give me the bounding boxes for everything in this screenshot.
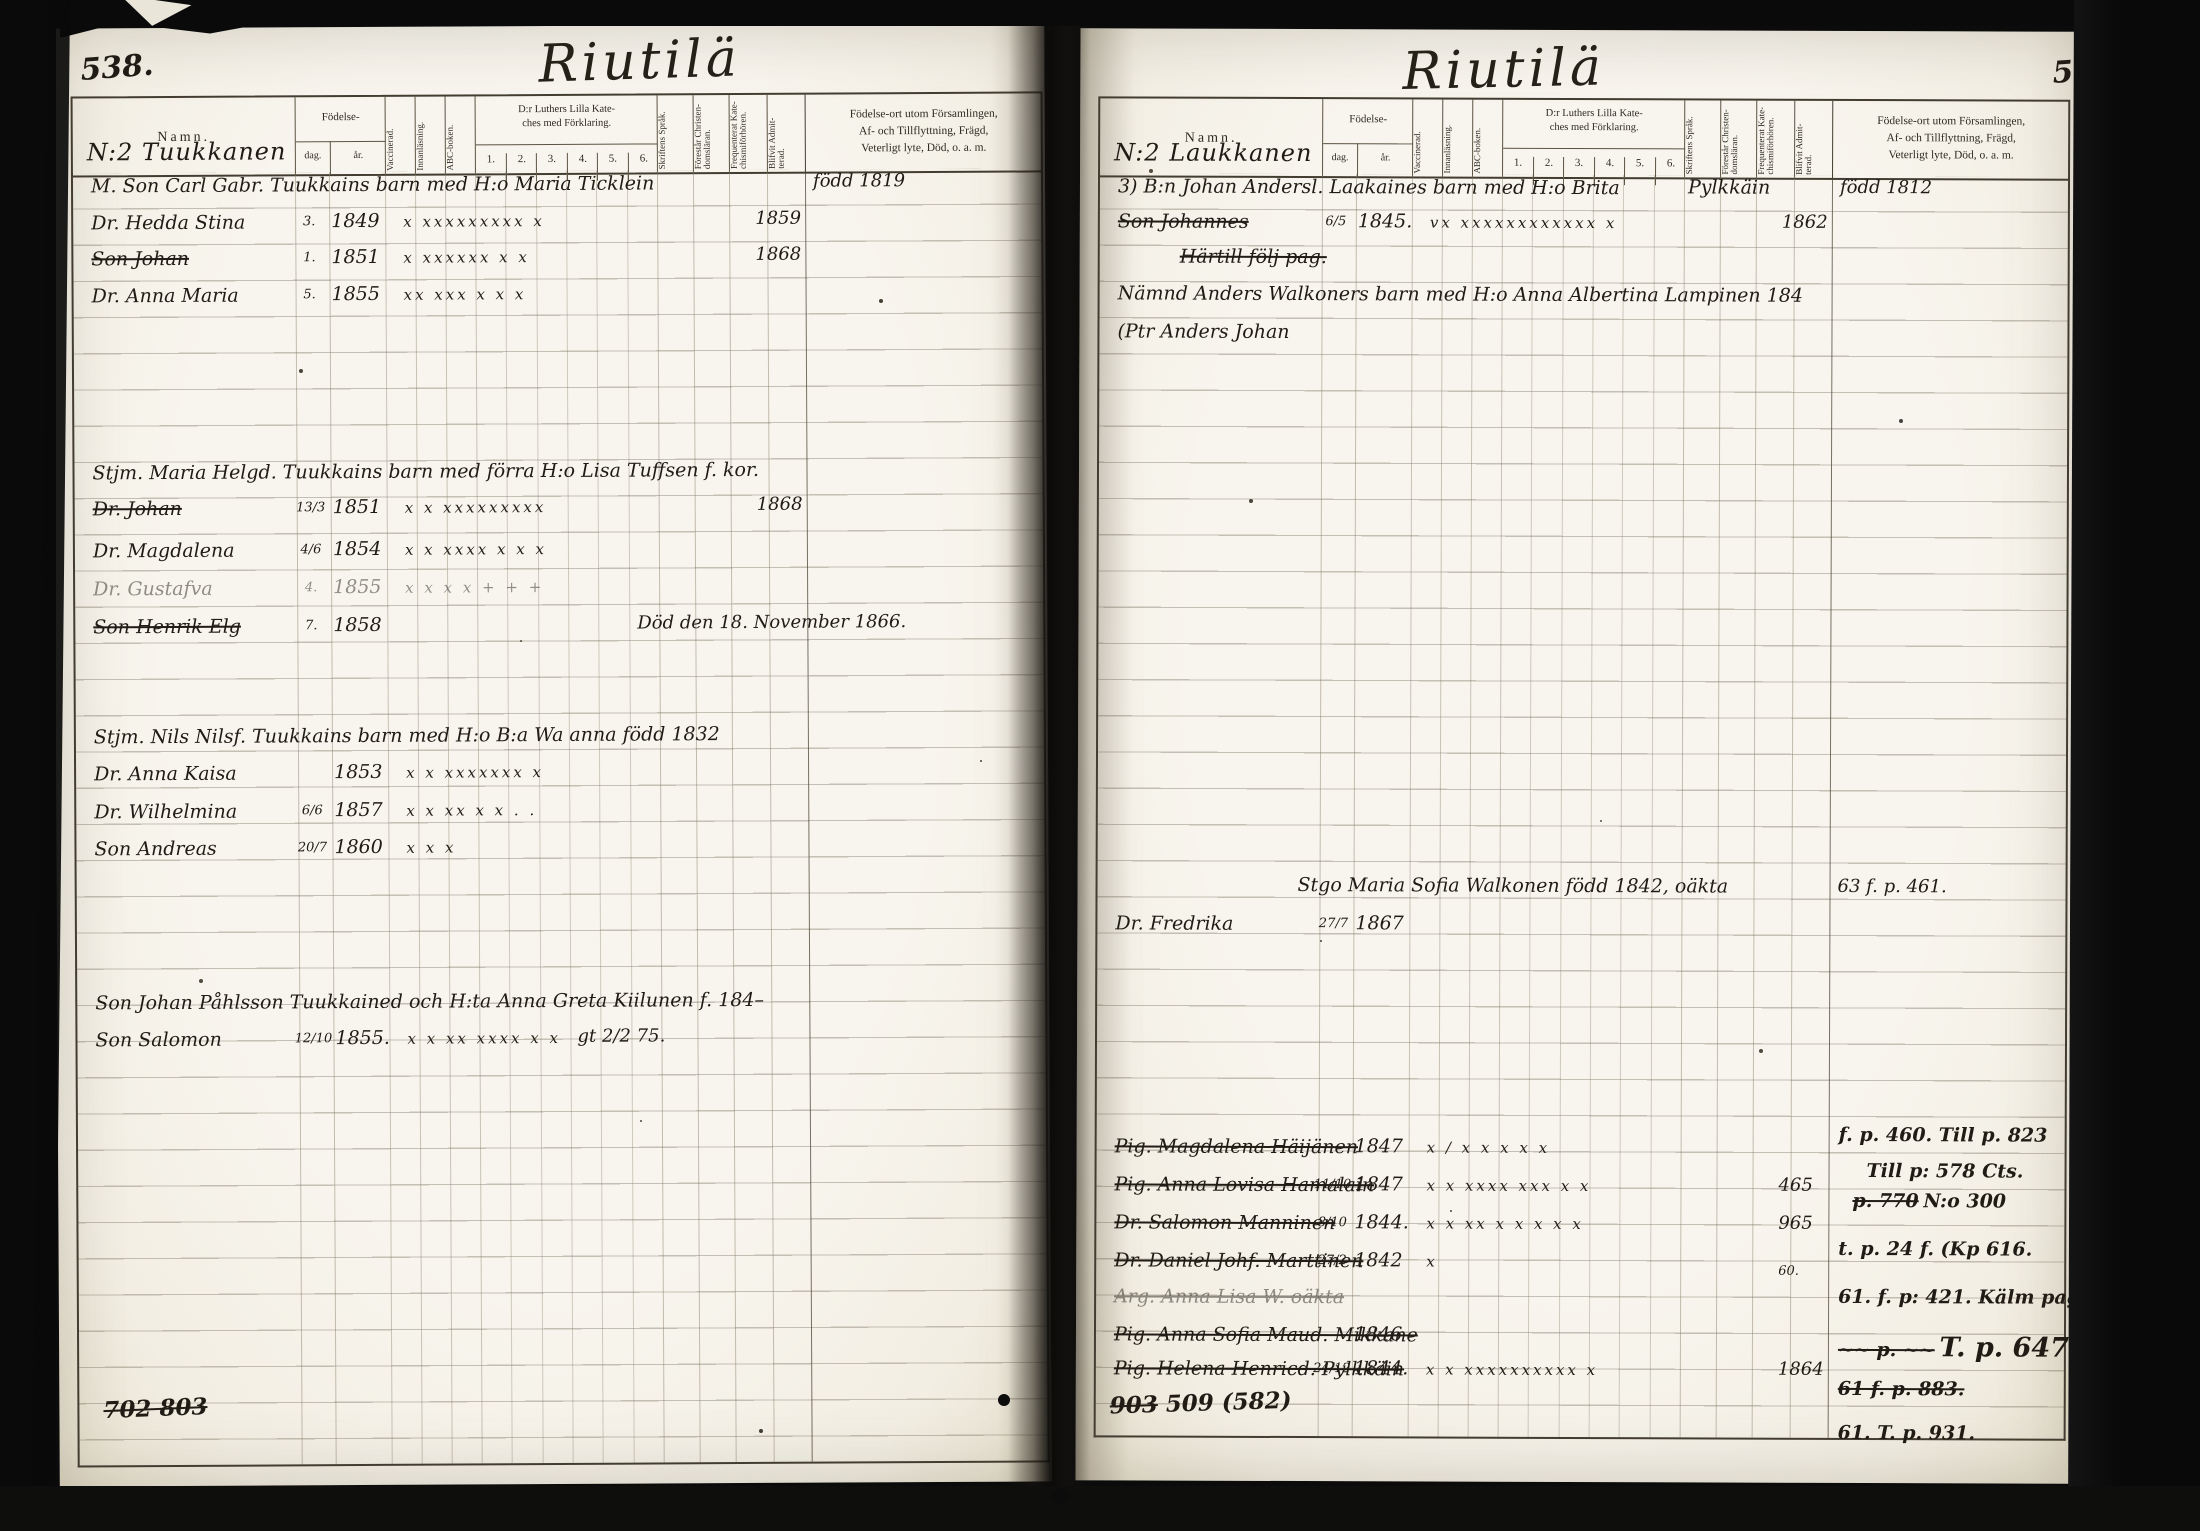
margin-note: Till p: 578 Cts. — [1867, 1160, 2024, 1184]
column-admitted: Blifvit Admit- terad. — [1794, 101, 1833, 178]
column-remarks: Födelse-ort utom Församlingen, Af- och T… — [805, 93, 1042, 171]
column-abc-book: ABC-boken. — [1472, 100, 1503, 177]
column-catechism: D:r Luthers Lilla Kate- ches med Förklar… — [1502, 100, 1685, 178]
family-heading: Stjm. Maria Helgd. Tuukkains barn med fö… — [92, 459, 759, 484]
person-name: Dr. Magdalena — [93, 540, 235, 563]
death-note: Död den 18. November 1866. — [637, 611, 906, 633]
admitted-year: 1862 — [1782, 212, 1866, 233]
catechism-marks: x x xx x x . . — [406, 801, 537, 820]
birth-year: 1858 — [333, 614, 399, 636]
person-name: Son Andreas — [94, 838, 216, 861]
person-name: Dr. Fredrika — [1115, 912, 1233, 934]
record-row: Dr. Wilhelmina 6/6 1857 x x xx x x . . — [76, 794, 1044, 835]
record-row: Dr. Fredrika 27/7 1867 — [1097, 910, 2065, 949]
margin-note: t. p. 24 f. (Kp 616. — [1838, 1238, 2032, 1262]
column-birth: Födelse- dag. år. — [1322, 99, 1413, 176]
birth-year: 1849 — [331, 210, 397, 232]
right-footer-numbers: 903 509 (582) — [1109, 1387, 1292, 1420]
person-name: Son Johannes — [1118, 210, 1249, 232]
left-footer-numbers: 702 803 — [103, 1393, 208, 1424]
surname-note: Pylkkäin — [1688, 176, 1770, 198]
catechism-marks: x xxxxxxxxx x — [403, 212, 545, 231]
birth-day: 5. — [288, 287, 332, 302]
catechism-marks: x xxxxxx x x — [403, 248, 530, 267]
catechism-marks: x / x x x x x — [1427, 1138, 1550, 1156]
birth-year: 1845. — [1358, 210, 1424, 232]
record-row: Son Salomon 12/10 1855. x x xx xxxx x x … — [77, 1022, 1045, 1063]
column-remarks: Födelse-ort utom Församlingen, Af- och T… — [1832, 101, 2069, 179]
person-name: M. Son Carl Gabr. Tuukkains barn med H:o… — [91, 172, 654, 197]
birth-year: 1847 — [1355, 1135, 1421, 1157]
person-name: Son Henrik Elg — [93, 616, 241, 639]
person-name: Dr. Salomon Manninen — [1114, 1211, 1335, 1234]
birth-year: 1855 — [333, 576, 399, 598]
birth-year: 1847 — [1354, 1173, 1420, 1195]
remark-note: 63 f. p. 461. — [1838, 876, 1947, 897]
column-catechism-meetings: Frequenterat Kate- chismiförhören. — [729, 95, 768, 172]
record-row: 3) B:n Johan Andersl. Laakaines barn med… — [1100, 173, 2068, 212]
column-birth-year: år. — [1357, 143, 1413, 176]
birth-day: 7. — [289, 618, 333, 633]
column-birth-day: dag. — [1323, 143, 1357, 176]
record-row: Dr. Gustafva 4. 1855 x x x x + + + — [75, 571, 1043, 612]
column-vaccinated: Vaccinerad. — [1412, 99, 1443, 176]
person-name: Dr. Gustafva — [93, 578, 213, 601]
catechism-marks: x x xxxx x x x — [405, 540, 547, 559]
catechism-marks: xx xxx x x x — [404, 285, 527, 304]
ink-blot — [998, 1394, 1010, 1406]
birth-year: 1846 — [1354, 1323, 1420, 1345]
column-christendom: Förestår Christen- domsläran. — [693, 95, 730, 172]
person-name: (Ptr Anders Johan — [1117, 320, 1289, 343]
record-row: Dr. Anna Maria 5. 1855 xx xxx x x x — [74, 278, 1042, 319]
birth-day: 27/2 — [1310, 1253, 1354, 1268]
continuation-note: Härtill följ pag. — [1180, 246, 1327, 269]
record-row: Dr. Anna Kaisa 1853 x x xxxxxxx x — [76, 756, 1044, 797]
family-heading: Nämnd Anders Walkoners barn med H:o Anna… — [1118, 282, 1803, 306]
admitted-year: 1859 — [755, 207, 839, 228]
record-row: Nämnd Anders Walkoners barn med H:o Anna… — [1100, 280, 2068, 319]
catechism-marks: x x x x + + + — [405, 578, 544, 597]
record-row: Dr. Johan 13/3 1851 x x xxxxxxxxx 1868 — [75, 491, 1043, 532]
birth-year: 1842 — [1354, 1249, 1420, 1271]
record-row: M. Son Carl Gabr. Tuukkains barn med H:o… — [73, 168, 1041, 209]
column-abc-book: ABC-boken. — [445, 96, 476, 173]
family-heading: Stjm. Nils Nilsf. Tuukkains barn med H:o… — [94, 723, 720, 748]
birth-day: 6/6 — [290, 803, 334, 818]
birth-year: 1854 — [333, 538, 399, 560]
admitted-year: 1868 — [755, 243, 839, 264]
catechism-marks: x x xxxx xxx x x — [1426, 1176, 1591, 1195]
birth-day: 3. — [287, 214, 331, 229]
column-reading: Innanläsning. — [415, 97, 446, 174]
right-page: Riutilä 539 Namn. Födelse- dag. år. Vacc… — [1075, 28, 2076, 1483]
record-row: Son Henrik Elg 7. 1858 Död den 18. Novem… — [75, 609, 1043, 650]
scanned-parish-register: 538. Riutilä Namn. Födelse- dag. år. Vac… — [0, 0, 2200, 1531]
birth-year: 1844. — [1354, 1211, 1420, 1233]
admitted-year: 465 — [1778, 1175, 1862, 1196]
left-table-body: M. Son Carl Gabr. Tuukkains barn med H:o… — [71, 168, 1050, 1467]
record-row: Dr. Hedda Stina 3. 1849 x xxxxxxxxx x 18… — [73, 205, 1041, 246]
birth-day: 11/10 — [1310, 1177, 1354, 1192]
catechism-marks: x x x — [406, 839, 456, 857]
column-vaccinated: Vaccinerad. — [385, 97, 416, 174]
admitted-year: 1868 — [757, 493, 841, 514]
margin-note: 61. T. p. 931. — [1838, 1422, 1975, 1445]
column-birth-year: år. — [330, 141, 386, 174]
scan-edge-bottom — [0, 1486, 2200, 1531]
record-row: Son Johan Påhlsson Tuukkained och H:ta A… — [77, 985, 1045, 1026]
remark-note: född 1819 — [813, 170, 905, 191]
right-page-title: Riutilä — [1402, 37, 1606, 102]
ink-blot — [1052, 1488, 1070, 1504]
catechism-marks: vx xxxxxxxxxxxx x — [1430, 213, 1618, 232]
scan-edge-right — [2068, 0, 2200, 1531]
person-name: Dr. Wilhelmina — [94, 801, 237, 824]
birth-year: 1867 — [1355, 912, 1421, 934]
birth-year: 1851 — [331, 246, 397, 268]
column-catechism: D:r Luthers Lilla Kate- ches med Förklar… — [475, 95, 658, 173]
person-name: Arg. Anna Lisa W. oäkta — [1114, 1285, 1344, 1308]
birth-day: 8/10 — [1310, 1215, 1354, 1230]
margin-note: ~~ p. ~~ T. p. 647 (642) — [1838, 1332, 2077, 1364]
record-row: Son Johannes 6/5 1845. vx xxxxxxxxxxxx x… — [1100, 208, 2068, 247]
birth-year: 1851 — [333, 496, 399, 518]
family-heading: 3) B:n Johan Andersl. Laakaines barn med… — [1118, 175, 1620, 199]
admitted-year: 60. — [1778, 1264, 1862, 1279]
remark-note: gt 2/2 75. — [577, 1025, 665, 1046]
record-row: Son Andreas 20/7 1860 x x x — [76, 831, 1044, 872]
right-table-body: 3) B:n Johan Andersl. Laakaines barn med… — [1094, 173, 2070, 1440]
catechism-marks: x x xx x x x x x — [1426, 1214, 1584, 1233]
column-catechism-meetings: Frequenterat Kate- chismiförhören. — [1756, 101, 1795, 178]
column-birth-day: dag. — [296, 141, 330, 174]
record-row: (Ptr Anders Johan — [1099, 318, 2067, 357]
birth-day: 27/7 — [1311, 916, 1355, 931]
birth-day: 20/7 — [290, 840, 334, 855]
left-page-number: 538. — [79, 48, 154, 88]
record-row: Härtill följ pag. — [1100, 244, 2068, 283]
right-group-heading: N:2 Laukkanen — [1114, 138, 1312, 167]
family-heading: Son Johan Påhlsson Tuukkained och H:ta A… — [95, 989, 764, 1015]
scan-notch-top-left — [117, 0, 192, 31]
birth-day: 4/6 — [289, 542, 333, 557]
person-name: Dr. Johan — [93, 498, 182, 520]
book-gutter-shadow — [1008, 24, 1090, 1486]
person-name: Dr. Anna Kaisa — [94, 763, 237, 786]
stepdaughter-note: Stgo Maria Sofia Walkonen född 1842, oäk… — [1298, 874, 1729, 898]
record-row: Stjm. Maria Helgd. Tuukkains barn med fö… — [74, 455, 1042, 496]
admitted-year: 965 — [1778, 1213, 1862, 1234]
left-page-title: Riutilä — [537, 28, 741, 94]
birth-year: 1857 — [334, 799, 400, 821]
birth-day: 4. — [289, 580, 333, 595]
person-name: Son Johan — [91, 248, 189, 271]
record-row: Son Johan 1. 1851 x xxxxxx x x 1868 — [73, 241, 1041, 282]
birth-day: 12/10 — [291, 1031, 335, 1046]
person-name: Pig. Magdalena Häijänen — [1115, 1135, 1358, 1158]
catechism-marks: x x xxxxxxxxxx x — [1426, 1360, 1598, 1379]
remark-note: född 1812 — [1840, 177, 1932, 198]
birth-year: 1844. — [1354, 1357, 1420, 1379]
person-name: Son Salomon — [95, 1029, 221, 1052]
birth-year: 1853 — [334, 761, 400, 783]
left-page: 538. Riutilä Namn. Födelse- dag. år. Vac… — [52, 23, 1052, 1486]
catechism-marks: x — [1426, 1252, 1438, 1270]
column-admitted: Blifvit Admit- terad. — [767, 95, 806, 172]
column-reading: Innanläsning. — [1442, 100, 1473, 177]
catechism-marks: x x xxxxxxxxx — [405, 498, 547, 517]
column-birth: Födelse- dag. år. — [295, 97, 386, 174]
birth-day: 24/12 — [1310, 1361, 1354, 1376]
birth-year: 1860 — [334, 836, 400, 858]
left-group-heading: N:2 Tuukkanen — [87, 137, 287, 166]
birth-day: 13/3 — [289, 500, 333, 515]
birth-day: 6/5 — [1314, 214, 1358, 229]
margin-note: p. 770 N:o 300 — [1852, 1190, 2006, 1214]
margin-note: 61 f. p. 883. — [1838, 1378, 1965, 1401]
birth-year: 1855 — [332, 283, 398, 305]
record-row: Stjm. Nils Nilsf. Tuukkains barn med H:o… — [76, 719, 1044, 760]
birth-year: 1855. — [335, 1027, 401, 1049]
birth-day: 1. — [287, 250, 331, 265]
column-script-language: Skriftens Språk. — [1684, 100, 1721, 177]
catechism-marks: x x xxxxxxx x — [406, 763, 544, 782]
margin-note: 61. f. p: 421. Kälm pag 472. — [1838, 1286, 2076, 1310]
record-row: Dr. Magdalena 4/6 1854 x x xxxx x x x — [75, 533, 1043, 574]
catechism-marks: x x xx xxxx x x — [407, 1029, 561, 1048]
person-name: Dr. Anna Maria — [92, 285, 239, 308]
person-name: Dr. Hedda Stina — [91, 212, 245, 235]
column-script-language: Skriftens Språk. — [657, 95, 694, 172]
record-row: Stgo Maria Sofia Walkonen född 1842, oäk… — [1097, 872, 2065, 911]
column-christendom: Förestår Christen- domsläran. — [1720, 100, 1757, 177]
margin-note: f. p. 460. Till p. 823 — [1839, 1124, 2048, 1148]
right-page-number: 539 — [2051, 52, 2076, 91]
